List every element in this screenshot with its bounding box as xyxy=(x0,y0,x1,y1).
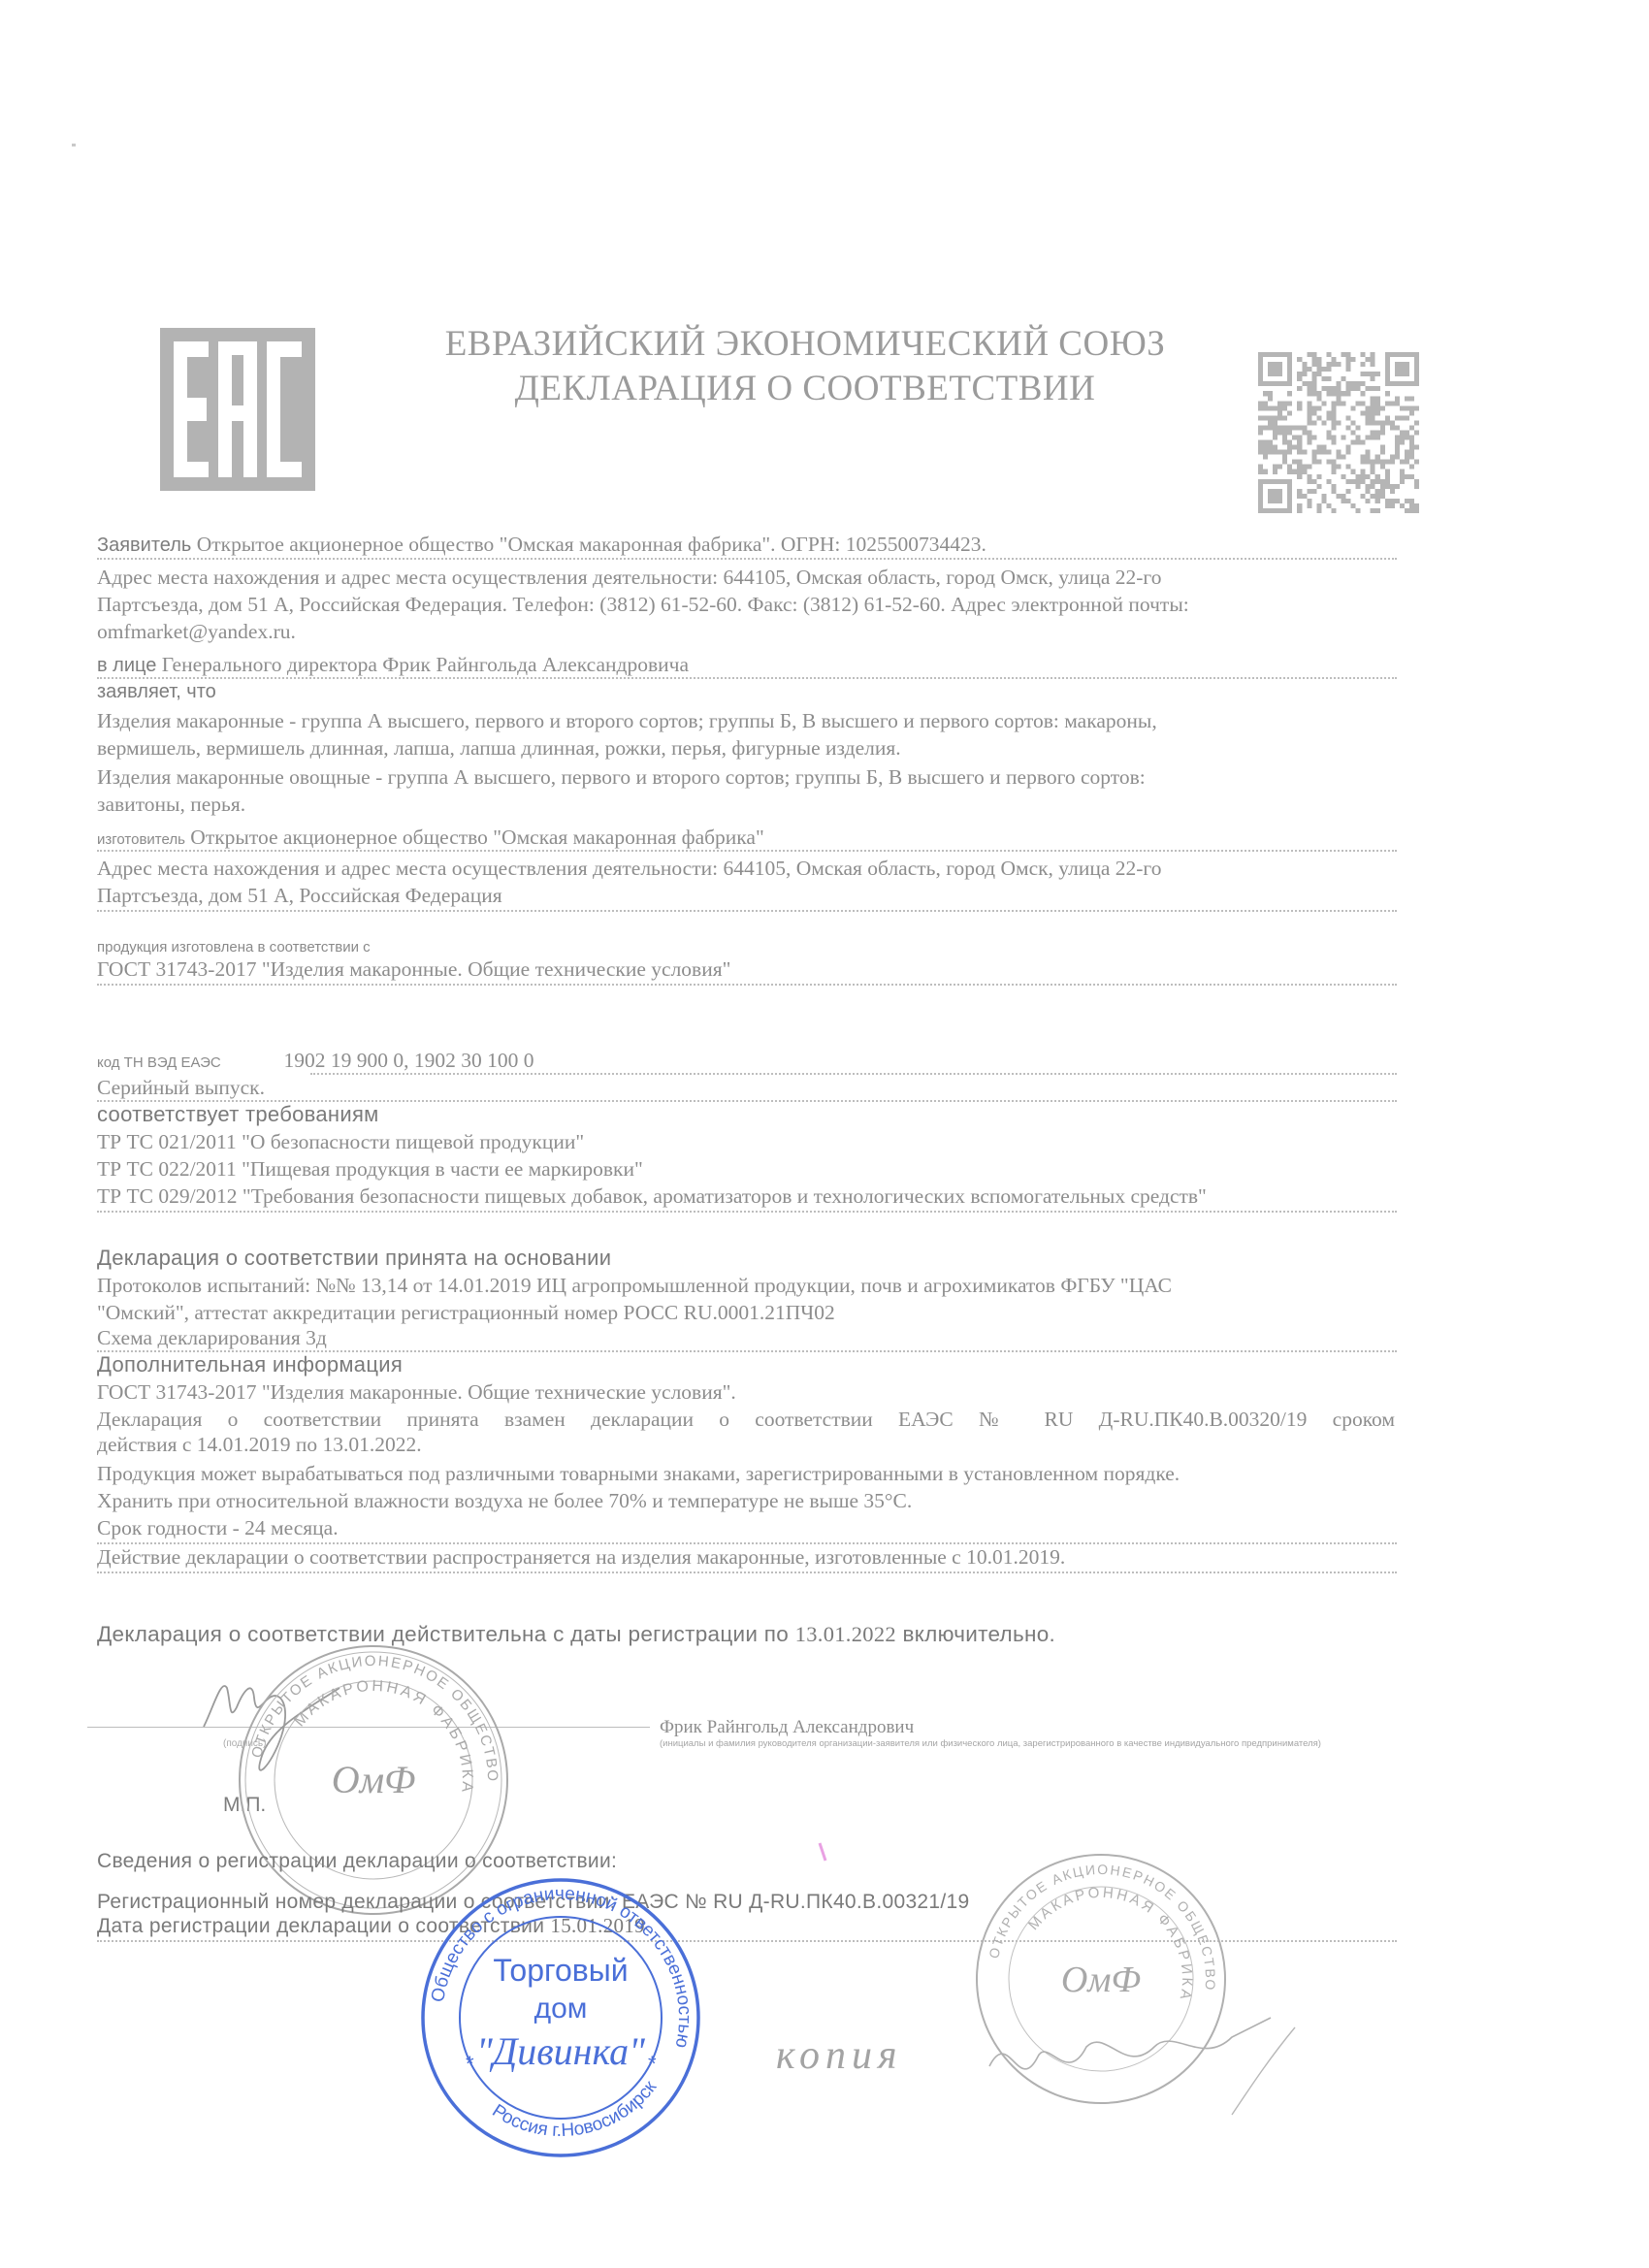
manufacturer-address-2: Партсъезда, дом 51 А, Российская Федерац… xyxy=(97,883,502,908)
product-line-3: Изделия макаронные овощные - группа А вы… xyxy=(97,764,1146,790)
document-title: ЕВРАЗИЙСКИЙ ЭКОНОМИЧЕСКИЙ СОЮЗ ДЕКЛАРАЦИ… xyxy=(417,322,1193,411)
pink-mark xyxy=(817,1841,830,1863)
manufacturer-address-1: Адрес места нахождения и адрес места осу… xyxy=(97,856,1161,881)
tn-ved-label: код ТН ВЭД ЕАЭС xyxy=(97,1054,221,1071)
svg-text:"Дивинка": "Дивинка" xyxy=(476,2029,645,2073)
signer-caption: (инициалы и фамилия руководителя организ… xyxy=(660,1738,1339,1750)
title-union: ЕВРАЗИЙСКИЙ ЭКОНОМИЧЕСКИЙ СОЮЗ xyxy=(417,322,1193,367)
dotted-rule xyxy=(97,984,1397,986)
svg-text:Торговый: Торговый xyxy=(493,1953,628,1988)
additional-label: Дополнительная информация xyxy=(97,1352,403,1377)
eac-mark-icon xyxy=(160,328,315,491)
represented-by: Генерального директора Фрик Райнгольда А… xyxy=(162,653,689,676)
tn-ved-value: 1902 19 900 0, 1902 30 100 0 xyxy=(283,1049,533,1072)
applicant-address-1: Адрес места нахождения и адрес места осу… xyxy=(97,565,1161,590)
requirement-item: ТР ТС 022/2011 "Пищевая продукция в част… xyxy=(97,1156,643,1182)
applicant-address-3: omfmarket@yandex.ru. xyxy=(97,619,296,644)
dotted-rule xyxy=(97,558,1397,560)
svg-text:дом: дом xyxy=(534,1993,588,2025)
standard-value: ГОСТ 31743-2017 "Изделия макаронные. Общ… xyxy=(97,956,730,982)
validity-date: 13.01.2022 xyxy=(795,1622,896,1646)
manufacturer-label: изготовитель xyxy=(97,831,185,848)
applicant-line: Заявитель Открытое акционерное общество … xyxy=(97,532,986,558)
product-line-4: завитоны, перья. xyxy=(97,792,245,817)
additional-line-3: действия с 14.01.2019 по 13.01.2022. xyxy=(97,1432,422,1457)
registration-heading: Сведения о регистрации декларации о соот… xyxy=(97,1849,617,1874)
svg-text:*: * xyxy=(648,2052,657,2076)
additional-line-7: Действие декларации о соответствии распр… xyxy=(97,1544,1065,1570)
tn-ved-line: код ТН ВЭД ЕАЭС 1902 19 900 0, 1902 30 1… xyxy=(97,1048,533,1076)
product-line-1: Изделия макаронные - группа А высшего, п… xyxy=(97,708,1157,733)
basis-line-2: "Омский", аттестат аккредитации регистра… xyxy=(97,1300,835,1325)
applicant-address-2: Партсъезда, дом 51 А, Российская Федерац… xyxy=(97,592,1189,617)
release-type: Серийный выпуск. xyxy=(97,1075,265,1100)
copy-note: копия xyxy=(776,2043,903,2068)
additional-line-6: Срок годности - 24 месяца. xyxy=(97,1515,339,1540)
title-declaration: ДЕКЛАРАЦИЯ О СООТВЕТСТВИИ xyxy=(417,367,1193,411)
requirements-label: соответствует требованиям xyxy=(97,1102,379,1127)
svg-text:ОмФ: ОмФ xyxy=(332,1758,416,1801)
dotted-rule xyxy=(97,850,1397,852)
dotted-rule xyxy=(97,1211,1397,1213)
dotted-rule xyxy=(310,1073,1397,1075)
product-line-2: вермишель, вермишель длинная, лапша, лап… xyxy=(97,735,901,761)
svg-text:ОмФ: ОмФ xyxy=(1061,1960,1141,2000)
represented-line: в лице Генерального директора Фрик Райнг… xyxy=(97,652,689,678)
qr-code-icon xyxy=(1258,349,1419,516)
additional-line-1: ГОСТ 31743-2017 "Изделия макаронные. Общ… xyxy=(97,1379,736,1405)
basis-line-3: Схема декларирования 3д xyxy=(97,1325,327,1350)
represented-label: в лице xyxy=(97,655,156,676)
validity-suffix: включительно. xyxy=(902,1622,1055,1646)
dotted-rule xyxy=(97,1571,1397,1573)
additional-line-2: Декларация о соответствии принята взамен… xyxy=(97,1407,1395,1432)
declares-label: заявляет, что xyxy=(97,679,216,704)
requirement-item: ТР ТС 029/2012 "Требования безопасности … xyxy=(97,1183,1207,1209)
copy-signature xyxy=(980,2008,1300,2124)
applicant-label: Заявитель xyxy=(97,535,191,556)
scan-speck xyxy=(72,144,76,146)
dotted-rule xyxy=(97,677,1397,679)
basis-line-1: Протоколов испытаний: №№ 13,14 от 14.01.… xyxy=(97,1273,1172,1298)
svg-text:*: * xyxy=(466,2052,474,2076)
manufacturer-line: изготовитель Открытое акционерное общест… xyxy=(97,825,764,853)
manufacturer-name: Открытое акционерное общество "Омская ма… xyxy=(190,826,763,849)
dotted-rule xyxy=(97,910,1397,912)
basis-label: Декларация о соответствии принята на осн… xyxy=(97,1246,611,1271)
additional-line-5: Хранить при относительной влажности возд… xyxy=(97,1488,912,1513)
applicant-name: Открытое акционерное общество "Омская ма… xyxy=(197,533,986,556)
additional-line-4: Продукция может вырабатываться под разли… xyxy=(97,1461,1180,1486)
signer-name: Фрик Райнгольд Александрович xyxy=(660,1715,914,1740)
distributor-stamp: Общество с ограниченной ответственностью… xyxy=(415,1872,706,2163)
requirement-item: ТР ТС 021/2011 "О безопасности пищевой п… xyxy=(97,1129,584,1154)
